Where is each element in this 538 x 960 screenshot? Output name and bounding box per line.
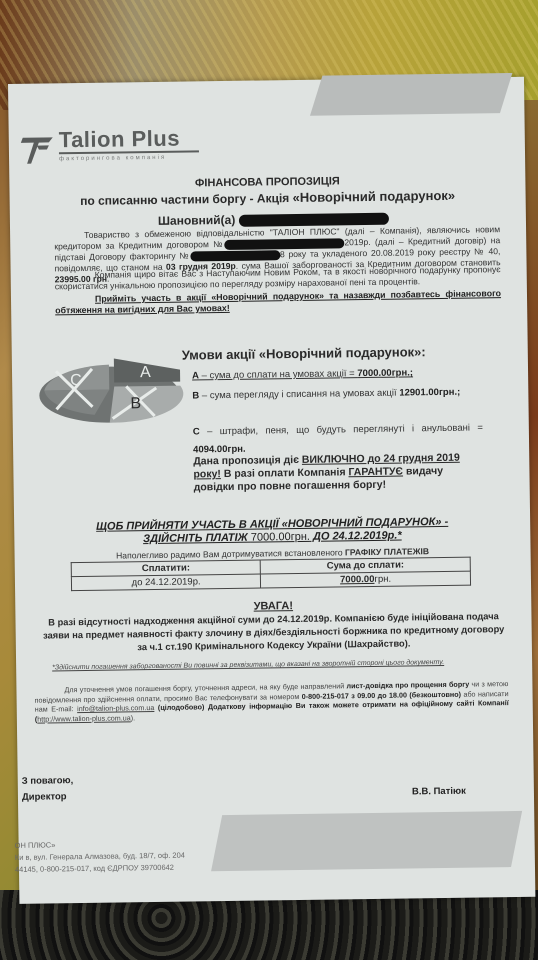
action-line-2b: ДО 24.12.2019р.* (310, 530, 402, 543)
contact-email-link[interactable]: info@talion-plus.com.ua (77, 703, 154, 713)
svg-text:C: C (70, 372, 82, 389)
pie-chart-illustration: C A B (34, 344, 185, 436)
warning-text: В разі відсутності надходження акційної … (37, 610, 509, 656)
call-to-action: Прийміть участь в акції «Новорічний пода… (55, 288, 501, 316)
letter-paper: Talion Plus факторингова компанія ФІНАНС… (8, 77, 535, 904)
condition-b: В – сума перегляду і списання на умовах … (192, 383, 482, 405)
offer-deadline: Дана пропозиція діє ВИКЛЮЧНО до 24 грудн… (193, 451, 484, 494)
cell-pay-by: до 24.12.2019р. (71, 574, 260, 591)
action-amount: 7000.00грн. (251, 531, 310, 544)
offer-guarantee: ГАРАНТУЄ (348, 466, 403, 479)
greeting-text: Шановний(а) (158, 213, 239, 228)
action-line-2a: ЗДІЙСНІТЬ ПЛАТІЖ (143, 532, 251, 546)
svg-text:B: B (130, 395, 141, 412)
logo-tagline: факторингова компанія (59, 154, 199, 162)
condition-c-amount: 4094.00грн. (193, 444, 246, 456)
svg-text:A: A (140, 364, 151, 381)
contact-website-link[interactable]: http://www.talion-plus.com.ua (37, 713, 131, 723)
footnote: *Здійснити погашення заборгованості Ви п… (34, 657, 504, 673)
cell-amount-unit: грн. (374, 574, 391, 585)
cell-amount: 7000.00грн. (261, 571, 471, 588)
condition-a-amount: 7000.00грн.; (357, 367, 413, 379)
decorative-corner-band (310, 73, 512, 116)
decorative-bottom-band (211, 811, 522, 871)
closing-text: З повагою, (22, 773, 74, 790)
contact-paragraph: Для уточнення умов погашення боргу, уточ… (34, 679, 508, 724)
closing-block: З повагою, Директор (22, 773, 74, 806)
offer-text-2: В разі оплати Компанія (221, 466, 349, 480)
offer-text-1: Дана пропозиція діє (193, 454, 302, 468)
condition-b-text: – сума перегляду і списання на умовах ак… (199, 388, 399, 402)
condition-c-text: – штрафи, пеня, що будуть переглянуті і … (200, 422, 483, 437)
schedule-note-bold: ГРАФІКУ ПЛАТЕЖІВ (345, 546, 429, 557)
company-logo: Talion Plus факторингова компанія (19, 127, 199, 166)
cell-amount-value: 7000.00 (340, 574, 374, 585)
contact-text-5: ). (131, 713, 136, 722)
payment-schedule-table: Сплатити: Сума до сплати: до 24.12.2019р… (71, 557, 471, 592)
subtitle-promo: «Новорічний подарунок» (292, 188, 455, 205)
footer-address-line-3: 44145, 0-800-215-017, код ЄДРПОУ 3970064… (15, 862, 185, 876)
footer-address: ОН ПЛЮС» Ки в, вул. Генерала Алмазова, б… (15, 838, 186, 876)
signer-title: Директор (22, 789, 74, 806)
signer-name: В.В. Патіюк (412, 786, 466, 798)
talion-logo-icon (19, 129, 55, 165)
condition-a-text: – сума до сплати на умовах акції = (199, 368, 358, 381)
subtitle-prefix: по списанню частини боргу - Акція (80, 191, 293, 208)
redacted-name (239, 213, 389, 227)
action-instruction: ЩОБ ПРИЙНЯТИ УЧАСТЬ В АКЦІЇ «НОВОРІЧНИЙ … (44, 515, 500, 547)
logo-name: Talion Plus (59, 127, 199, 151)
condition-b-amount: 12901.00грн.; (399, 387, 460, 399)
conditions-title: Умови акції «Новорічний подарунок»: (182, 344, 426, 362)
condition-a: А – сума до сплати на умовах акції = 700… (192, 365, 482, 382)
